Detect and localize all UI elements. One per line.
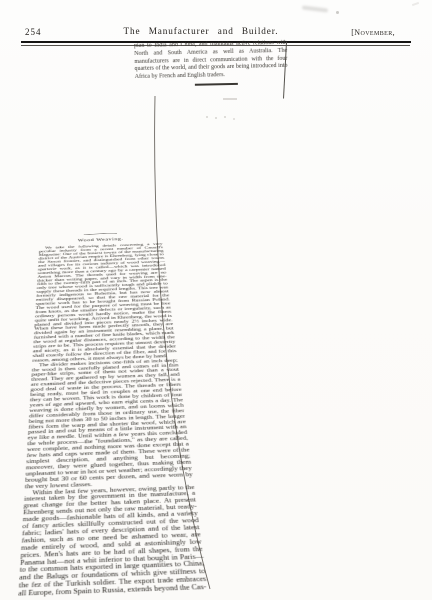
continuation-paragraph: pian to India and China, and maintains a…: [134, 40, 288, 82]
scanned-magazine-page: 254 The Manufacturer and Builder. [Novem…: [0, 0, 432, 600]
right-column-continuation: pian to India and China, and maintains a…: [134, 40, 288, 87]
previous-article-rule: [84, 233, 117, 235]
article-paragraph-2: The divider makes incisions one-fifth of…: [25, 358, 194, 490]
article-paragraph-1: We take the following details concerning…: [32, 242, 177, 363]
article-paragraph-3: Within the last few years, however, owin…: [18, 484, 208, 598]
